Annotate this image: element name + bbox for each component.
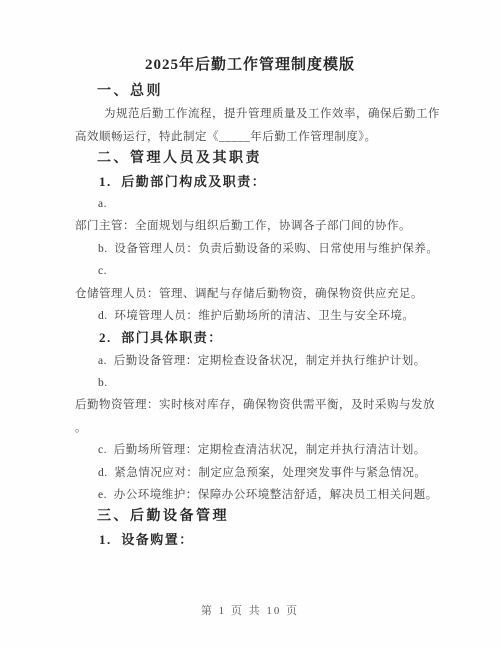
- list-item-line: 后勤物资管理：实时核对库存，确保物资供需平衡，及时采购与发放: [0, 394, 500, 416]
- section-heading-general: 一、总则: [0, 81, 500, 103]
- document-title: 2025年后勤工作管理制度模版: [0, 52, 500, 78]
- section-heading-equipment: 三、后勤设备管理: [0, 506, 500, 528]
- list-item-line: a. 后勤设备管理：定期检查设备状况，制定并执行维护计划。: [0, 350, 500, 372]
- list-item-line: c. 后勤场所管理：定期检查清洁状况，制定并执行清洁计划。: [0, 439, 500, 461]
- paragraph-line: 高效顺畅运行，特此制定《_____年后勤工作管理制度》。: [0, 126, 500, 148]
- list-item-line: 仓储管理人员：管理、调配与存储后勤物资，确保物资供应充足。: [0, 283, 500, 305]
- paragraph-line: 为规范后勤工作流程，提升管理质量及工作效率，确保后勤工作: [0, 103, 500, 125]
- list-item-marker: c.: [0, 260, 500, 282]
- list-item-line: b. 设备管理人员：负责后勤设备的采购、日常使用与维护保养。: [0, 238, 500, 260]
- document-page: 2025年后勤工作管理制度模版 一、总则 为规范后勤工作流程，提升管理质量及工作…: [0, 0, 500, 647]
- list-item-line: 部门主管：全面规划与组织后勤工作，协调各子部门间的协作。: [0, 215, 500, 237]
- numbered-subheading: 1. 设备购置：: [0, 529, 500, 551]
- list-item-line: d. 环境管理人员：维护后勤场所的清洁、卫生与安全环境。: [0, 305, 500, 327]
- numbered-subheading: 1. 后勤部门构成及职责：: [0, 171, 500, 193]
- list-item-line: d. 紧急情况应对：制定应急预案，处理突发事件与紧急情况。: [0, 462, 500, 484]
- document-body: 一、总则 为规范后勤工作流程，提升管理质量及工作效率，确保后勤工作 高效顺畅运行…: [0, 81, 500, 551]
- list-item-marker: b.: [0, 372, 500, 394]
- list-item-line: e. 办公环境维护：保障办公环境整洁舒适，解决员工相关问题。: [0, 484, 500, 506]
- list-item-marker: a.: [0, 193, 500, 215]
- page-number-footer: 第 1 页 共 10 页: [0, 600, 500, 622]
- section-heading-managers: 二、管理人员及其职责: [0, 148, 500, 170]
- list-item-line: 。: [0, 417, 500, 439]
- numbered-subheading: 2. 部门具体职责：: [0, 327, 500, 349]
